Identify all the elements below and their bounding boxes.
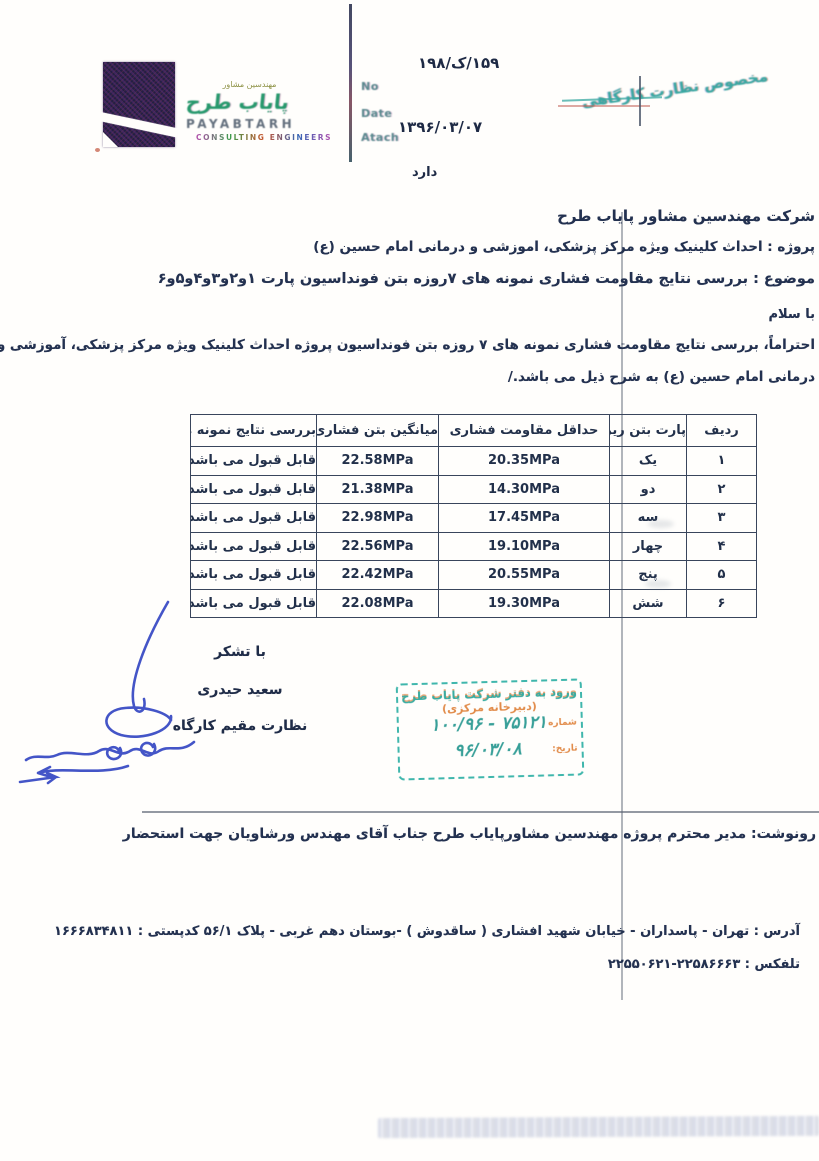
entry-stamp: ورود به دفتر شرکت پایاب طرح (دبیرخانه مر… bbox=[396, 678, 585, 780]
table-row: ۳ سه 17.45MPa 22.98MPa قابل قبول می باشد… bbox=[191, 504, 757, 533]
footer-telefax: تلفکس : ۲۲۵۸۶۶۶۳-۲۲۵۵۰۶۲۱ bbox=[608, 957, 800, 972]
cell-row-number: ۱ bbox=[687, 447, 757, 476]
cell-min-strength: 19.30MPa bbox=[439, 589, 610, 618]
project-line: پروژه : احداث کلینیک ویژه مرکز پزشکی، ام… bbox=[313, 239, 815, 255]
cell-min-strength: 17.45MPa bbox=[439, 504, 610, 533]
cell-min-strength: 14.30MPa bbox=[439, 475, 610, 504]
cc-line: رونوشت: مدیر محترم پروژه مهندسین مشاورپا… bbox=[123, 826, 816, 842]
cell-row-number: ۶ bbox=[687, 589, 757, 618]
cell-avg-strength: 21.38MPa bbox=[317, 475, 439, 504]
letter-attach-value: دارد bbox=[412, 165, 437, 180]
scan-noise-strip bbox=[378, 1116, 819, 1138]
header-row-number: ردیف bbox=[687, 415, 757, 447]
cell-avg-strength: 22.58MPa bbox=[317, 447, 439, 476]
brand-name-en: PAYABTARH bbox=[186, 117, 295, 131]
cell-pour-part: سه bbox=[610, 504, 687, 533]
cell-review: قابل قبول می باشد. bbox=[191, 561, 317, 590]
header-review: بررسی نتایج نمونه ها bbox=[191, 415, 317, 447]
cell-review: قابل قبول می باشد. bbox=[191, 532, 317, 561]
stamp-number-value: ۱۰۰/۹۶ - ۷۵۱۲۱ bbox=[430, 712, 547, 735]
letter-date-value: ۱۳۹۶/۰۳/۰۷ bbox=[398, 118, 482, 136]
stamp-number-label: شماره bbox=[548, 718, 577, 729]
brand-name-fa-small: مهندسین مشاور bbox=[212, 80, 287, 89]
body-line-2: درمانی امام حسین (ع) به شرح ذیل می باشد.… bbox=[508, 369, 815, 385]
table-header-row: ردیف پارت بتن ریزی حداقل مقاومت فشاری می… bbox=[191, 415, 757, 447]
cell-min-strength: 19.10MPa bbox=[439, 532, 610, 561]
scan-smudge bbox=[645, 580, 671, 588]
handwritten-signature-scribble bbox=[8, 592, 238, 787]
letter-date-label: Date bbox=[361, 107, 392, 120]
letter-attach-label: Atach bbox=[361, 131, 399, 144]
subject-line: موضوع : بررسی نتایج مقاومت فشاری نمونه ه… bbox=[158, 271, 815, 287]
table-row: ۴ چهار 19.10MPa 22.56MPa قابل قبول می با… bbox=[191, 532, 757, 561]
table-row: ۱ یک 20.35MPa 22.58MPa قابل قبول می باشد… bbox=[191, 447, 757, 476]
cell-row-number: ۴ bbox=[687, 532, 757, 561]
cell-review: قابل قبول می باشد. bbox=[191, 447, 317, 476]
scanned-letter-page: مهندسین مشاور پایاب طرح PAYABTARH CONSUL… bbox=[0, 0, 819, 1161]
cell-avg-strength: 22.42MPa bbox=[317, 561, 439, 590]
cell-avg-strength: 22.56MPa bbox=[317, 532, 439, 561]
scan-smudge bbox=[648, 520, 674, 528]
cell-row-number: ۳ bbox=[687, 504, 757, 533]
footer-address: آدرس : تهران - پاسداران - خیابان شهید اف… bbox=[54, 924, 800, 939]
company-logo-mark bbox=[103, 62, 175, 147]
header-pour-part: پارت بتن ریزی bbox=[610, 415, 687, 447]
letter-number-value: ۱۵۹/ک/۱۹۸ bbox=[418, 54, 499, 72]
cell-min-strength: 20.35MPa bbox=[439, 447, 610, 476]
cell-pour-part: شش bbox=[610, 589, 687, 618]
scan-speck bbox=[95, 148, 100, 152]
corner-stamp-tick-mark bbox=[639, 76, 641, 126]
recipient-line: شرکت مهندسین مشاور پایاب طرح bbox=[557, 207, 815, 225]
cell-avg-strength: 22.08MPa bbox=[317, 589, 439, 618]
header-avg-strength: میانگین بتن فشاری bbox=[317, 415, 439, 447]
cell-min-strength: 20.55MPa bbox=[439, 561, 610, 590]
cell-review: قابل قبول می باشد. bbox=[191, 475, 317, 504]
table-row: ۲ دو 14.30MPa 21.38MPa قابل قبول می باشد… bbox=[191, 475, 757, 504]
cell-avg-strength: 22.98MPa bbox=[317, 504, 439, 533]
stamp-date-label: تاریخ: bbox=[552, 744, 578, 755]
footer-separator-rule bbox=[142, 811, 819, 813]
corner-stamp-underline-2 bbox=[558, 105, 650, 107]
logo-corner-notch-icon bbox=[103, 132, 118, 147]
table-row: ۵ پنج 20.55MPa 22.42MPa قابل قبول می باش… bbox=[191, 561, 757, 590]
results-table: ردیف پارت بتن ریزی حداقل مقاومت فشاری می… bbox=[190, 414, 757, 618]
brand-subtitle-en: CONSULTING ENGINEERS bbox=[196, 133, 332, 142]
fold-mark-line bbox=[349, 4, 352, 162]
cell-pour-part: دو bbox=[610, 475, 687, 504]
site-supervision-corner-stamp: مخصوص نظارت کارگاهی bbox=[556, 64, 794, 115]
table-row: ۶ شش 19.30MPa 22.08MPa قابل قبول می باشد… bbox=[191, 589, 757, 618]
cell-pour-part: چهار bbox=[610, 532, 687, 561]
header-min-strength: حداقل مقاومت فشاری bbox=[439, 415, 610, 447]
body-line-1: احتراماً، بررسی نتایج مقاومت فشاری نمونه… bbox=[0, 337, 815, 353]
cell-row-number: ۲ bbox=[687, 475, 757, 504]
cell-review: قابل قبول می باشد. bbox=[191, 504, 317, 533]
brand-name-fa: پایاب طرح bbox=[184, 90, 292, 114]
salutation-line: با سلام bbox=[769, 307, 815, 322]
stamp-date-row: تاریخ: ۹۶/۰۳/۰۸ bbox=[399, 737, 582, 768]
stamp-date-value: ۹۶/۰۳/۰۸ bbox=[454, 739, 522, 761]
letter-number-label: No bbox=[361, 80, 379, 93]
cell-pour-part: یک bbox=[610, 447, 687, 476]
cell-row-number: ۵ bbox=[687, 561, 757, 590]
